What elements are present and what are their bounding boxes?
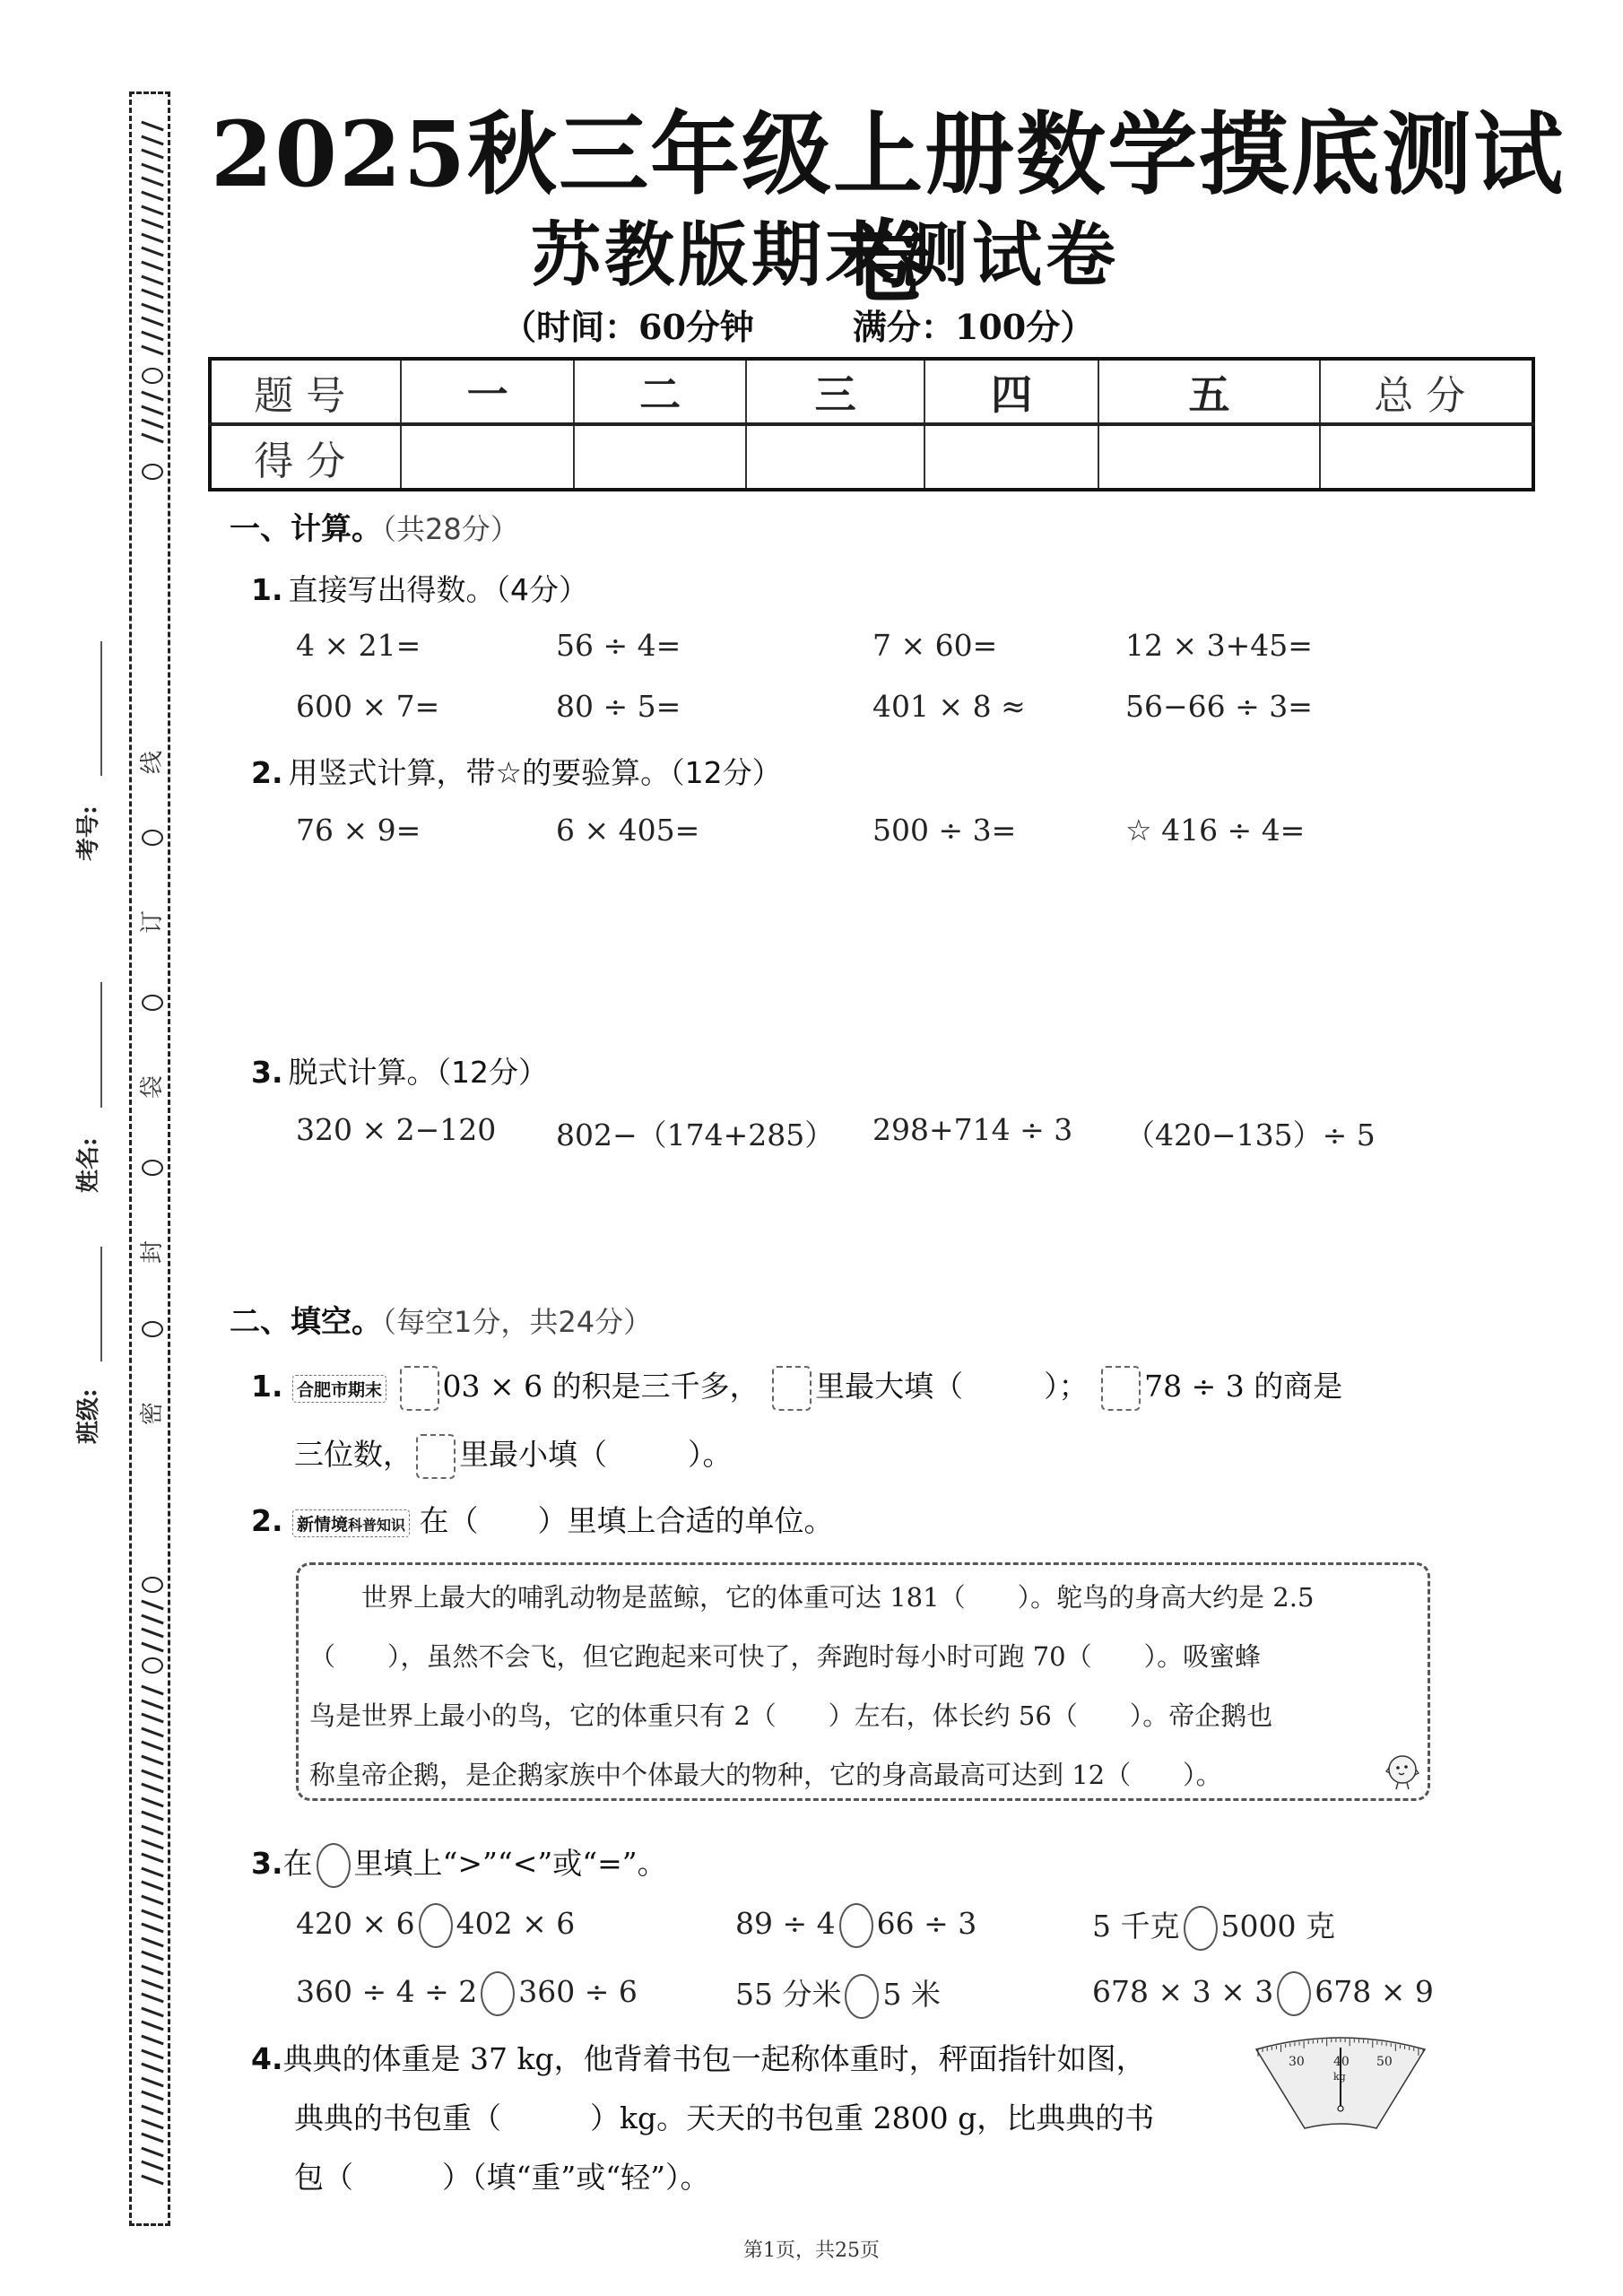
source-tag: 合肥市期末 <box>292 1375 386 1403</box>
scale-unit: kg <box>1333 2071 1346 2083</box>
q-text: 78 ÷ 3 的商是 <box>1144 1369 1342 1404</box>
q-text: 里最小填（ <box>459 1437 607 1472</box>
expression: 7 × 60= <box>872 628 997 663</box>
mascot-icon <box>1384 1752 1420 1793</box>
q-text: 三位数， <box>294 1437 412 1472</box>
digit-box-blank[interactable] <box>1101 1366 1141 1411</box>
section-1-points: （共28分） <box>382 512 519 546</box>
q-text: 里填上“>”“<”或“=”。 <box>354 1846 667 1881</box>
expression: 600 × 7= <box>296 689 439 724</box>
section-2-q1-line2: 三位数，里最小填（）。 <box>294 1431 733 1479</box>
page-number: 第1页，共25页 <box>0 2235 1623 2263</box>
digit-box-blank[interactable] <box>400 1366 439 1411</box>
compare-circle-blank[interactable] <box>839 1903 873 1948</box>
q-number: 3. <box>251 1055 283 1090</box>
scale-label-50: 50 <box>1376 2055 1393 2069</box>
expression: 6 × 405= <box>556 813 699 848</box>
q-number: 2. <box>251 1503 283 1538</box>
section-2-title: 二、填空。（每空1分，共24分） <box>230 1297 652 1341</box>
expression: 80 ÷ 5= <box>556 689 681 724</box>
digit-box-blank[interactable] <box>772 1366 811 1411</box>
compare-row: 420 × 6402 × 6 89 ÷ 466 ÷ 3 5 千克5000 克 <box>296 1903 1551 1948</box>
compare-item: 360 ÷ 4 ÷ 2360 ÷ 6 <box>296 1971 638 2016</box>
weighing-scale-figure: 30 40 50 kg <box>1251 2031 1430 2139</box>
section-1-q2-title: 2.用竖式计算，带☆的要验算。（12分） <box>251 750 782 792</box>
passage-line: 称皇帝企鹅，是企鹅家族中个体最大的物种，它的身高最高可达到 12（ ）。 <box>309 1755 1222 1792</box>
expr-row: 320 × 2−120 802−（174+285） 298+714 ÷ 3 （4… <box>296 1112 1551 1157</box>
expr-row: 76 × 9= 6 × 405= 500 ÷ 3= ☆ 416 ÷ 4= <box>296 813 1551 857</box>
expression: ☆ 416 ÷ 4= <box>1125 813 1305 848</box>
digit-box-blank[interactable] <box>416 1434 456 1479</box>
passage-line: 世界上最大的哺乳动物是蓝鲸，它的体重可达 181（ ）。鸵鸟的身高大约是 2.5 <box>309 1578 1314 1614</box>
expression: 76 × 9= <box>296 813 421 848</box>
section-1-q3-title: 3.脱式计算。（12分） <box>251 1049 548 1091</box>
q-text: 在 <box>283 1846 313 1881</box>
reading-passage-box: 世界上最大的哺乳动物是蓝鲸，它的体重可达 181（ ）。鸵鸟的身高大约是 2.5… <box>296 1562 1430 1801</box>
compare-item: 55 分米5 米 <box>735 1971 941 2019</box>
compare-item: 420 × 6402 × 6 <box>296 1903 575 1948</box>
q-number: 4. <box>251 2041 283 2076</box>
section-2-q4-line1: 4.典典的体重是 37 kg，他背着书包一起称体重时，秤面指针如图， <box>251 2036 1146 2078</box>
expr-row: 4 × 21= 56 ÷ 4= 7 × 60= 12 × 3+45= <box>296 628 1551 673</box>
expression: （420−135）÷ 5 <box>1125 1112 1376 1154</box>
section-2-q3-title: 3.在里填上“>”“<”或“=”。 <box>251 1840 667 1888</box>
section-2-heading: 二、填空。 <box>230 1304 382 1340</box>
expr-row: 600 × 7= 80 ÷ 5= 401 × 8 ≈ 56−66 ÷ 3= <box>296 689 1551 734</box>
passage-line: 鸟是世界上最小的鸟，它的体重只有 2（ ）左右，体长约 56（ ）。帝企鹅也 <box>309 1696 1272 1733</box>
section-2-points: （每空1分，共24分） <box>382 1305 652 1339</box>
q-number: 2. <box>251 755 283 790</box>
compare-item: 89 ÷ 466 ÷ 3 <box>735 1903 976 1948</box>
compare-item: 678 × 3 × 3678 × 9 <box>1092 1971 1434 2016</box>
compare-circle-blank[interactable] <box>1277 1971 1311 2016</box>
compare-circle-blank[interactable] <box>419 1903 453 1948</box>
q-number: 1. <box>251 1369 283 1404</box>
expression: 298+714 ÷ 3 <box>872 1112 1072 1147</box>
q-text: 脱式计算。（12分） <box>289 1055 549 1090</box>
compare-circle-blank[interactable] <box>845 1974 879 2019</box>
expression: 56 ÷ 4= <box>556 628 681 663</box>
q-text: 用竖式计算，带☆的要验算。（12分） <box>289 755 782 790</box>
tag-main: 新情境 <box>297 1515 348 1535</box>
q-text: ）； <box>1044 1369 1089 1404</box>
section-2-q4-line3: 包（ ）（填“重”或“轻”）。 <box>294 2154 709 2196</box>
q-text: 典典的体重是 37 kg，他背着书包一起称体重时，秤面指针如图， <box>283 2041 1146 2076</box>
q-number: 3. <box>251 1846 283 1881</box>
section-1-title: 一、计算。（共28分） <box>230 504 519 548</box>
section-2-q4-line2: 典典的书包重（ ）kg。天天的书包重 2800 g，比典典的书 <box>294 2095 1154 2137</box>
expression: 802−（174+285） <box>556 1112 834 1154</box>
circle-icon <box>317 1843 351 1888</box>
expression: 56−66 ÷ 3= <box>1125 689 1313 724</box>
scale-label-30: 30 <box>1289 2055 1305 2069</box>
q-text: ）。 <box>688 1437 733 1472</box>
q-text: 直接写出得数。（4分） <box>289 572 589 607</box>
section-1-heading: 一、计算。 <box>230 511 382 547</box>
compare-item: 5 千克5000 克 <box>1092 1903 1335 1951</box>
q-number: 1. <box>251 572 283 607</box>
q-text: 03 × 6 的积是三千多， <box>443 1369 759 1404</box>
expression: 500 ÷ 3= <box>872 813 1016 848</box>
compare-circle-blank[interactable] <box>1184 1906 1218 1951</box>
expression: 401 × 8 ≈ <box>872 689 1026 724</box>
context-tag: 新情境科普知识 <box>292 1509 410 1537</box>
q-text: 在（ ）里填上合适的单位。 <box>420 1503 834 1538</box>
expression: 320 × 2−120 <box>296 1112 496 1147</box>
section-2-q1-line1: 1. 合肥市期末 03 × 6 的积是三千多， 里最大填（）； 78 ÷ 3 的… <box>251 1363 1342 1411</box>
compare-circle-blank[interactable] <box>481 1971 515 2016</box>
passage-line: （ ），虽然不会飞，但它跑起来可快了，奔跑时每小时可跑 70（ ）。吸蜜蜂 <box>309 1637 1261 1674</box>
expression: 12 × 3+45= <box>1125 628 1313 663</box>
compare-row: 360 ÷ 4 ÷ 2360 ÷ 6 55 分米5 米 678 × 3 × 36… <box>296 1971 1551 2016</box>
expression: 4 × 21= <box>296 628 421 663</box>
section-2-q2-title: 2. 新情境科普知识 在（ ）里填上合适的单位。 <box>251 1498 834 1540</box>
q-text: 里最大填（ <box>815 1369 963 1404</box>
section-1-q1-title: 1.直接写出得数。（4分） <box>251 567 588 609</box>
tag-sub: 科普知识 <box>348 1517 405 1534</box>
